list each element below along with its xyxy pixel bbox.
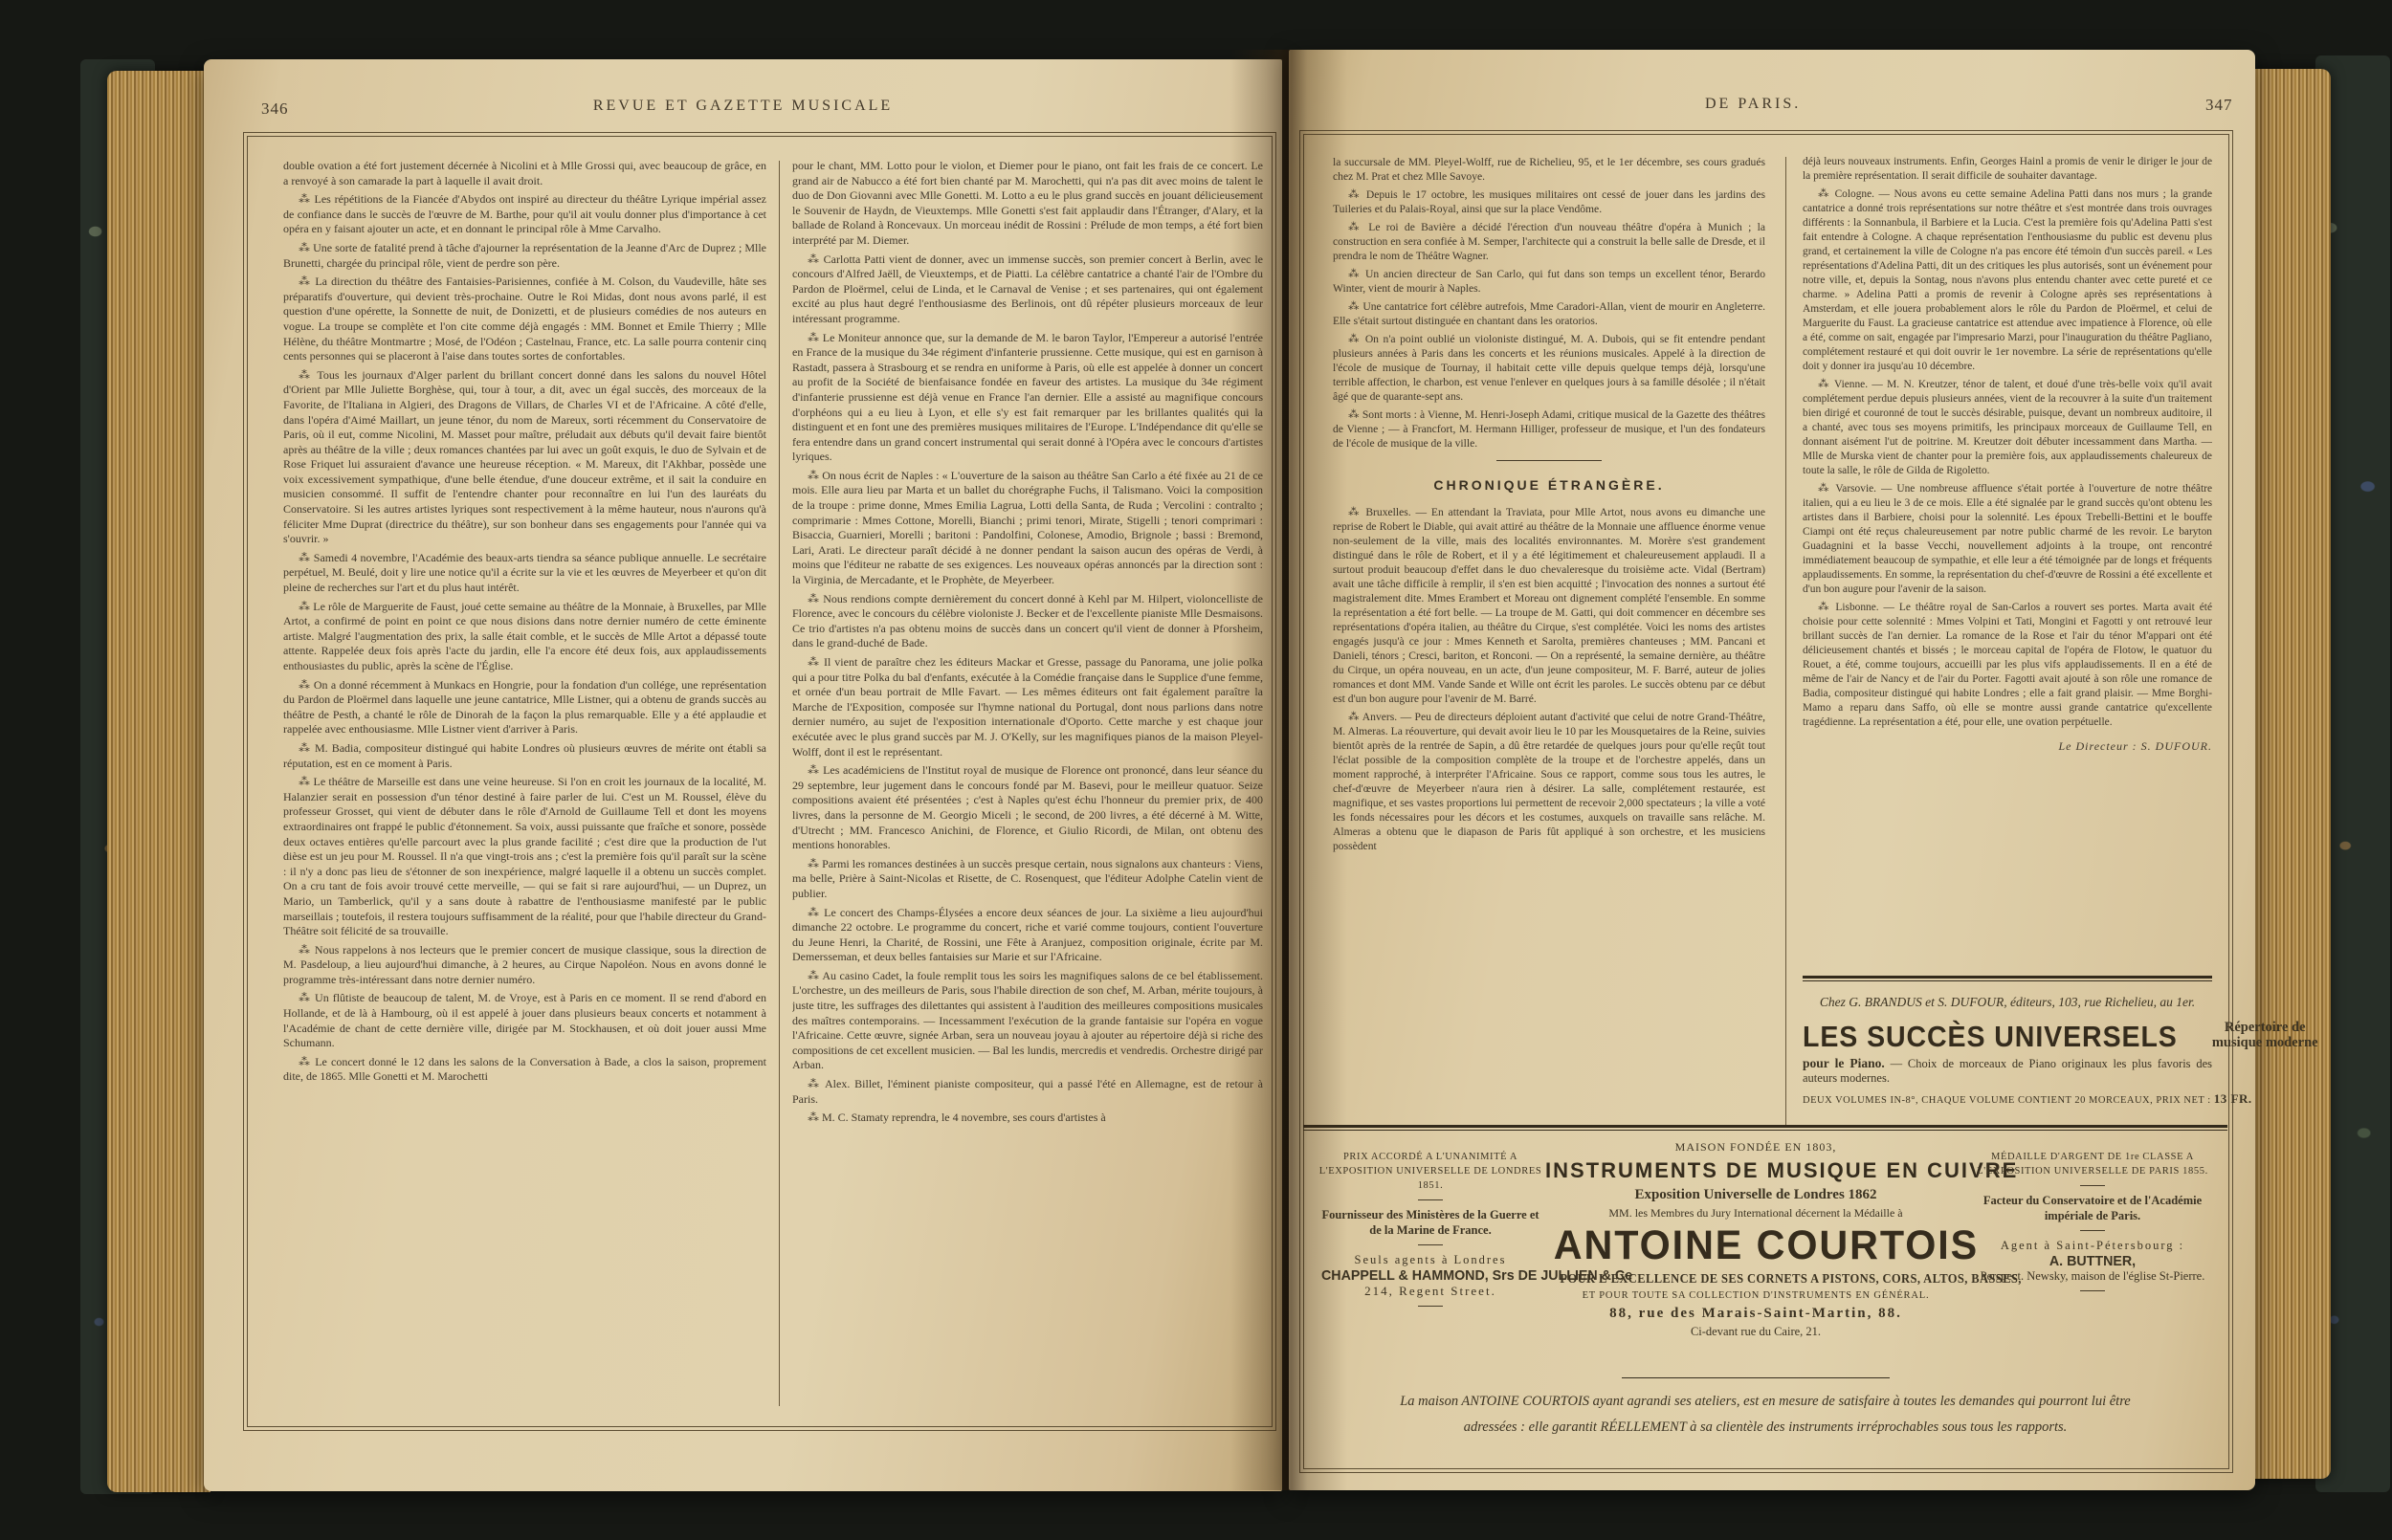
ad-prize-london: PRIX ACCORDÉ A L'UNANIMITÉ A L'EXPOSITIO… xyxy=(1316,1150,1545,1193)
paragraph: double ovation a été fort justement déce… xyxy=(283,159,766,188)
page-number-left: 346 xyxy=(261,99,289,119)
column-346-1: double ovation a été fort justement déce… xyxy=(283,159,766,1408)
paragraph: ⁂ On n'a point oublié un violoniste dist… xyxy=(1333,332,1765,404)
courtois-footnote: La maison ANTOINE COURTOIS ayant agrandi… xyxy=(1316,1389,2215,1441)
paragraph: ⁂ Bruxelles. — En attendant la Traviata,… xyxy=(1333,505,1765,706)
courtois-ad-center-column: MAISON FONDÉE EN 1803, INSTRUMENTS DE MU… xyxy=(1545,1140,1966,1339)
ad-separator xyxy=(1418,1199,1443,1200)
chronique-section-header: CHRONIQUE ÉTRANGÈRE. xyxy=(1333,460,1765,494)
paragraph: ⁂ Cologne. — Nous avons eu cette semaine… xyxy=(1803,187,2212,374)
page-346: 346 REVUE ET GAZETTE MUSICALE double ova… xyxy=(204,59,1282,1491)
ad-address: 88, rue des Marais-Saint-Martin, 88. xyxy=(1545,1306,1966,1322)
ad-founded: MAISON FONDÉE EN 1803, xyxy=(1545,1140,1966,1155)
ad-supplier: Fournisseur des Ministères de la Guerre … xyxy=(1316,1207,1545,1238)
paragraph: ⁂ Sont morts : à Vienne, M. Henri-Joseph… xyxy=(1333,407,1765,451)
masthead-right: DE PARIS. xyxy=(1705,96,1801,113)
brandus-subtitle-line2: musique moderne xyxy=(2212,1035,2318,1050)
courtois-ad-left-column: PRIX ACCORDÉ A L'UNANIMITÉ A L'EXPOSITIO… xyxy=(1316,1150,1545,1313)
paragraph: ⁂ La direction du théâtre des Fantaisies… xyxy=(283,275,766,364)
paragraph: ⁂ Une cantatrice fort célèbre autrefois,… xyxy=(1333,299,1765,328)
brandus-title: LES SUCCÈS UNIVERSELS xyxy=(1803,1020,2178,1054)
column-divider-left-page xyxy=(779,161,780,1406)
ad-agent-intro: Agent à Saint-Pétersbourg : xyxy=(1970,1238,2215,1253)
footnote-line1: La maison ANTOINE COURTOIS ayant agrandi… xyxy=(1400,1394,2131,1409)
paragraph: ⁂ Les répétitions de la Fiancée d'Abydos… xyxy=(283,192,766,237)
paragraph: ⁂ Le concert des Champs-Élysées a encore… xyxy=(792,906,1263,965)
ad-excellence-line: POUR L'EXCELLENCE DE SES CORNETS A PISTO… xyxy=(1560,1271,1951,1287)
ad-separator xyxy=(1418,1306,1443,1307)
chronique-items: ⁂ Bruxelles. — En attendant la Traviata,… xyxy=(1333,505,1765,853)
ad-separator xyxy=(2080,1185,2105,1186)
ad-agent-name: A. BUTTNER, xyxy=(1976,1253,2208,1269)
ad-agents-address: 214, Regent Street. xyxy=(1316,1284,1545,1299)
paragraph: ⁂ Le théâtre de Marseille est dans une v… xyxy=(283,775,766,939)
paragraph: ⁂ Au casino Cadet, la foule remplit tous… xyxy=(792,969,1263,1073)
ad-facteur: Facteur du Conservatoire et de l'Académi… xyxy=(1970,1193,2215,1223)
paragraph: ⁂ Nous rappelons à nos lecteurs que le p… xyxy=(283,943,766,988)
paragraph: ⁂ Parmi les romances destinées à un succ… xyxy=(792,857,1263,902)
rule-above-courtois-ad xyxy=(1303,1125,2227,1131)
ad-expo-1862: Exposition Universelle de Londres 1862 xyxy=(1545,1187,1966,1203)
page-stack-right xyxy=(2248,69,2331,1479)
paragraph: ⁂ Le rôle de Marguerite de Faust, joué c… xyxy=(283,600,766,674)
brandus-editors-line: Chez G. BRANDUS et S. DUFOUR, éditeurs, … xyxy=(1803,995,2212,1010)
rule-under-courtois xyxy=(1622,1377,1890,1378)
ad-separator xyxy=(2080,1290,2105,1291)
page-stack-left xyxy=(107,71,210,1492)
paragraph: ⁂ Une sorte de fatalité prend à tâche d'… xyxy=(283,241,766,271)
paragraph: ⁂ Lisbonne. — Le théâtre royal de San-Ca… xyxy=(1803,601,2212,730)
column-divider-right-page xyxy=(1785,157,1786,1125)
paragraph: pour le chant, MM. Lotto pour le violon,… xyxy=(792,159,1263,249)
ad-agents-name: CHAPPELL & HAMMOND, Srs DE JULLIEN & Ce xyxy=(1321,1267,1539,1284)
paragraph: ⁂ Anvers. — Peu de directeurs déploient … xyxy=(1333,710,1765,853)
ad-separator xyxy=(2080,1230,2105,1231)
ad-jury-line: MM. les Membres du Jury International dé… xyxy=(1545,1206,1966,1221)
footnote-line2: adressées : elle garantit RÉELLEMENT à s… xyxy=(1464,1419,2068,1435)
brandus-ad: Chez G. BRANDUS et S. DUFOUR, éditeurs, … xyxy=(1803,995,2212,1107)
paragraph: ⁂ Vienne. — M. N. Kreutzer, ténor de tal… xyxy=(1803,378,2212,478)
paragraph: ⁂ Les académiciens de l'Institut royal d… xyxy=(792,763,1263,853)
ad-agent-address: Perspect. Newsky, maison de l'église St-… xyxy=(1970,1269,2215,1284)
brandus-volumes-line: DEUX VOLUMES IN-8°, CHAQUE VOLUME CONTIE… xyxy=(1803,1091,2212,1107)
director-signature: Le Directeur : S. DUFOUR. xyxy=(1803,739,2212,754)
section-rule xyxy=(1496,460,1602,461)
paragraph: ⁂ On nous écrit de Naples : « L'ouvertur… xyxy=(792,469,1263,588)
rule-above-brandus xyxy=(1803,976,2212,981)
ad-collection-line: ET POUR TOUTE SA COLLECTION D'INSTRUMENT… xyxy=(1545,1290,1966,1301)
brandus-subtitle-line1: Répertoire de xyxy=(2225,1020,2306,1035)
masthead-left: REVUE ET GAZETTE MUSICALE xyxy=(593,98,893,115)
paragraph: ⁂ Carlotta Patti vient de donner, avec u… xyxy=(792,253,1263,327)
news-items: la succursale de MM. Pleyel-Wolff, rue d… xyxy=(1333,155,1765,451)
ad-medal-paris: MÉDAILLE D'ARGENT DE 1re CLASSE A L'EXPO… xyxy=(1970,1150,2215,1178)
paragraph: ⁂ Un flûtiste de beaucoup de talent, M. … xyxy=(283,991,766,1050)
ad-brand-name: ANTOINE COURTOIS xyxy=(1554,1222,1958,1269)
ad-separator xyxy=(1418,1244,1443,1245)
brandus-description: pour le Piano. — Choix de morceaux de Pi… xyxy=(1803,1056,2212,1086)
section-title: CHRONIQUE ÉTRANGÈRE. xyxy=(1433,477,1664,493)
book-photo: { "left_page": { "page_number": "346", "… xyxy=(0,0,2392,1540)
column-346-2: pour le chant, MM. Lotto pour le violon,… xyxy=(792,159,1263,1408)
courtois-ad-right-column: MÉDAILLE D'ARGENT DE 1re CLASSE A L'EXPO… xyxy=(1970,1150,2215,1298)
brandus-volumes-price: 13 FR. xyxy=(2214,1091,2252,1106)
paragraph: ⁂ Depuis le 17 octobre, les musiques mil… xyxy=(1333,187,1765,216)
paragraph: ⁂ Le Moniteur annonce que, sur la demand… xyxy=(792,331,1263,465)
paragraph: ⁂ M. C. Stamaty reprendra, le 4 novembre… xyxy=(792,1111,1263,1126)
paragraph: déjà leurs nouveaux instruments. Enfin, … xyxy=(1803,155,2212,184)
paragraph: ⁂ Le roi de Bavière a décidé l'érection … xyxy=(1333,220,1765,263)
paragraph: ⁂ Il vient de paraître chez les éditeurs… xyxy=(792,655,1263,759)
paragraph: ⁂ Le concert donné le 12 dans les salons… xyxy=(283,1055,766,1085)
brandus-desc-bold: pour le Piano. xyxy=(1803,1056,1885,1070)
paragraph: ⁂ Un ancien directeur de San Carlo, qui … xyxy=(1333,267,1765,296)
column-347-1: la succursale de MM. Pleyel-Wolff, rue d… xyxy=(1333,155,1765,1121)
page-347: DE PARIS. 347 la succursale de MM. Pleye… xyxy=(1289,50,2255,1490)
chronique-items-2: déjà leurs nouveaux instruments. Enfin, … xyxy=(1803,155,2212,730)
ad-headline: INSTRUMENTS DE MUSIQUE EN CUIVRE xyxy=(1545,1158,1966,1183)
paragraph: ⁂ Samedi 4 novembre, l'Académie des beau… xyxy=(283,551,766,596)
paragraph: ⁂ Alex. Billet, l'éminent pianiste compo… xyxy=(792,1077,1263,1107)
page-number-right: 347 xyxy=(2205,96,2233,115)
paragraph: ⁂ On a donné récemment à Munkacs en Hong… xyxy=(283,678,766,737)
paragraph: la succursale de MM. Pleyel-Wolff, rue d… xyxy=(1333,155,1765,184)
paragraph: ⁂ Varsovie. — Une nombreuse affluence s'… xyxy=(1803,482,2212,597)
ad-agents-intro: Seuls agents à Londres xyxy=(1316,1252,1545,1267)
ad-address-former: Ci-devant rue du Caire, 21. xyxy=(1545,1325,1966,1339)
paragraph: ⁂ Tous les journaux d'Alger parlent du b… xyxy=(283,368,766,547)
brandus-subtitle: Répertoire de musique moderne xyxy=(2212,1020,2318,1050)
brandus-volumes-text: DEUX VOLUMES IN-8°, CHAQUE VOLUME CONTIE… xyxy=(1803,1095,2214,1106)
paragraph: ⁂ Nous rendions compte dernièrement du c… xyxy=(792,592,1263,651)
paragraph: ⁂ M. Badia, compositeur distingué qui ha… xyxy=(283,741,766,771)
column-347-2: déjà leurs nouveaux instruments. Enfin, … xyxy=(1803,155,2212,964)
